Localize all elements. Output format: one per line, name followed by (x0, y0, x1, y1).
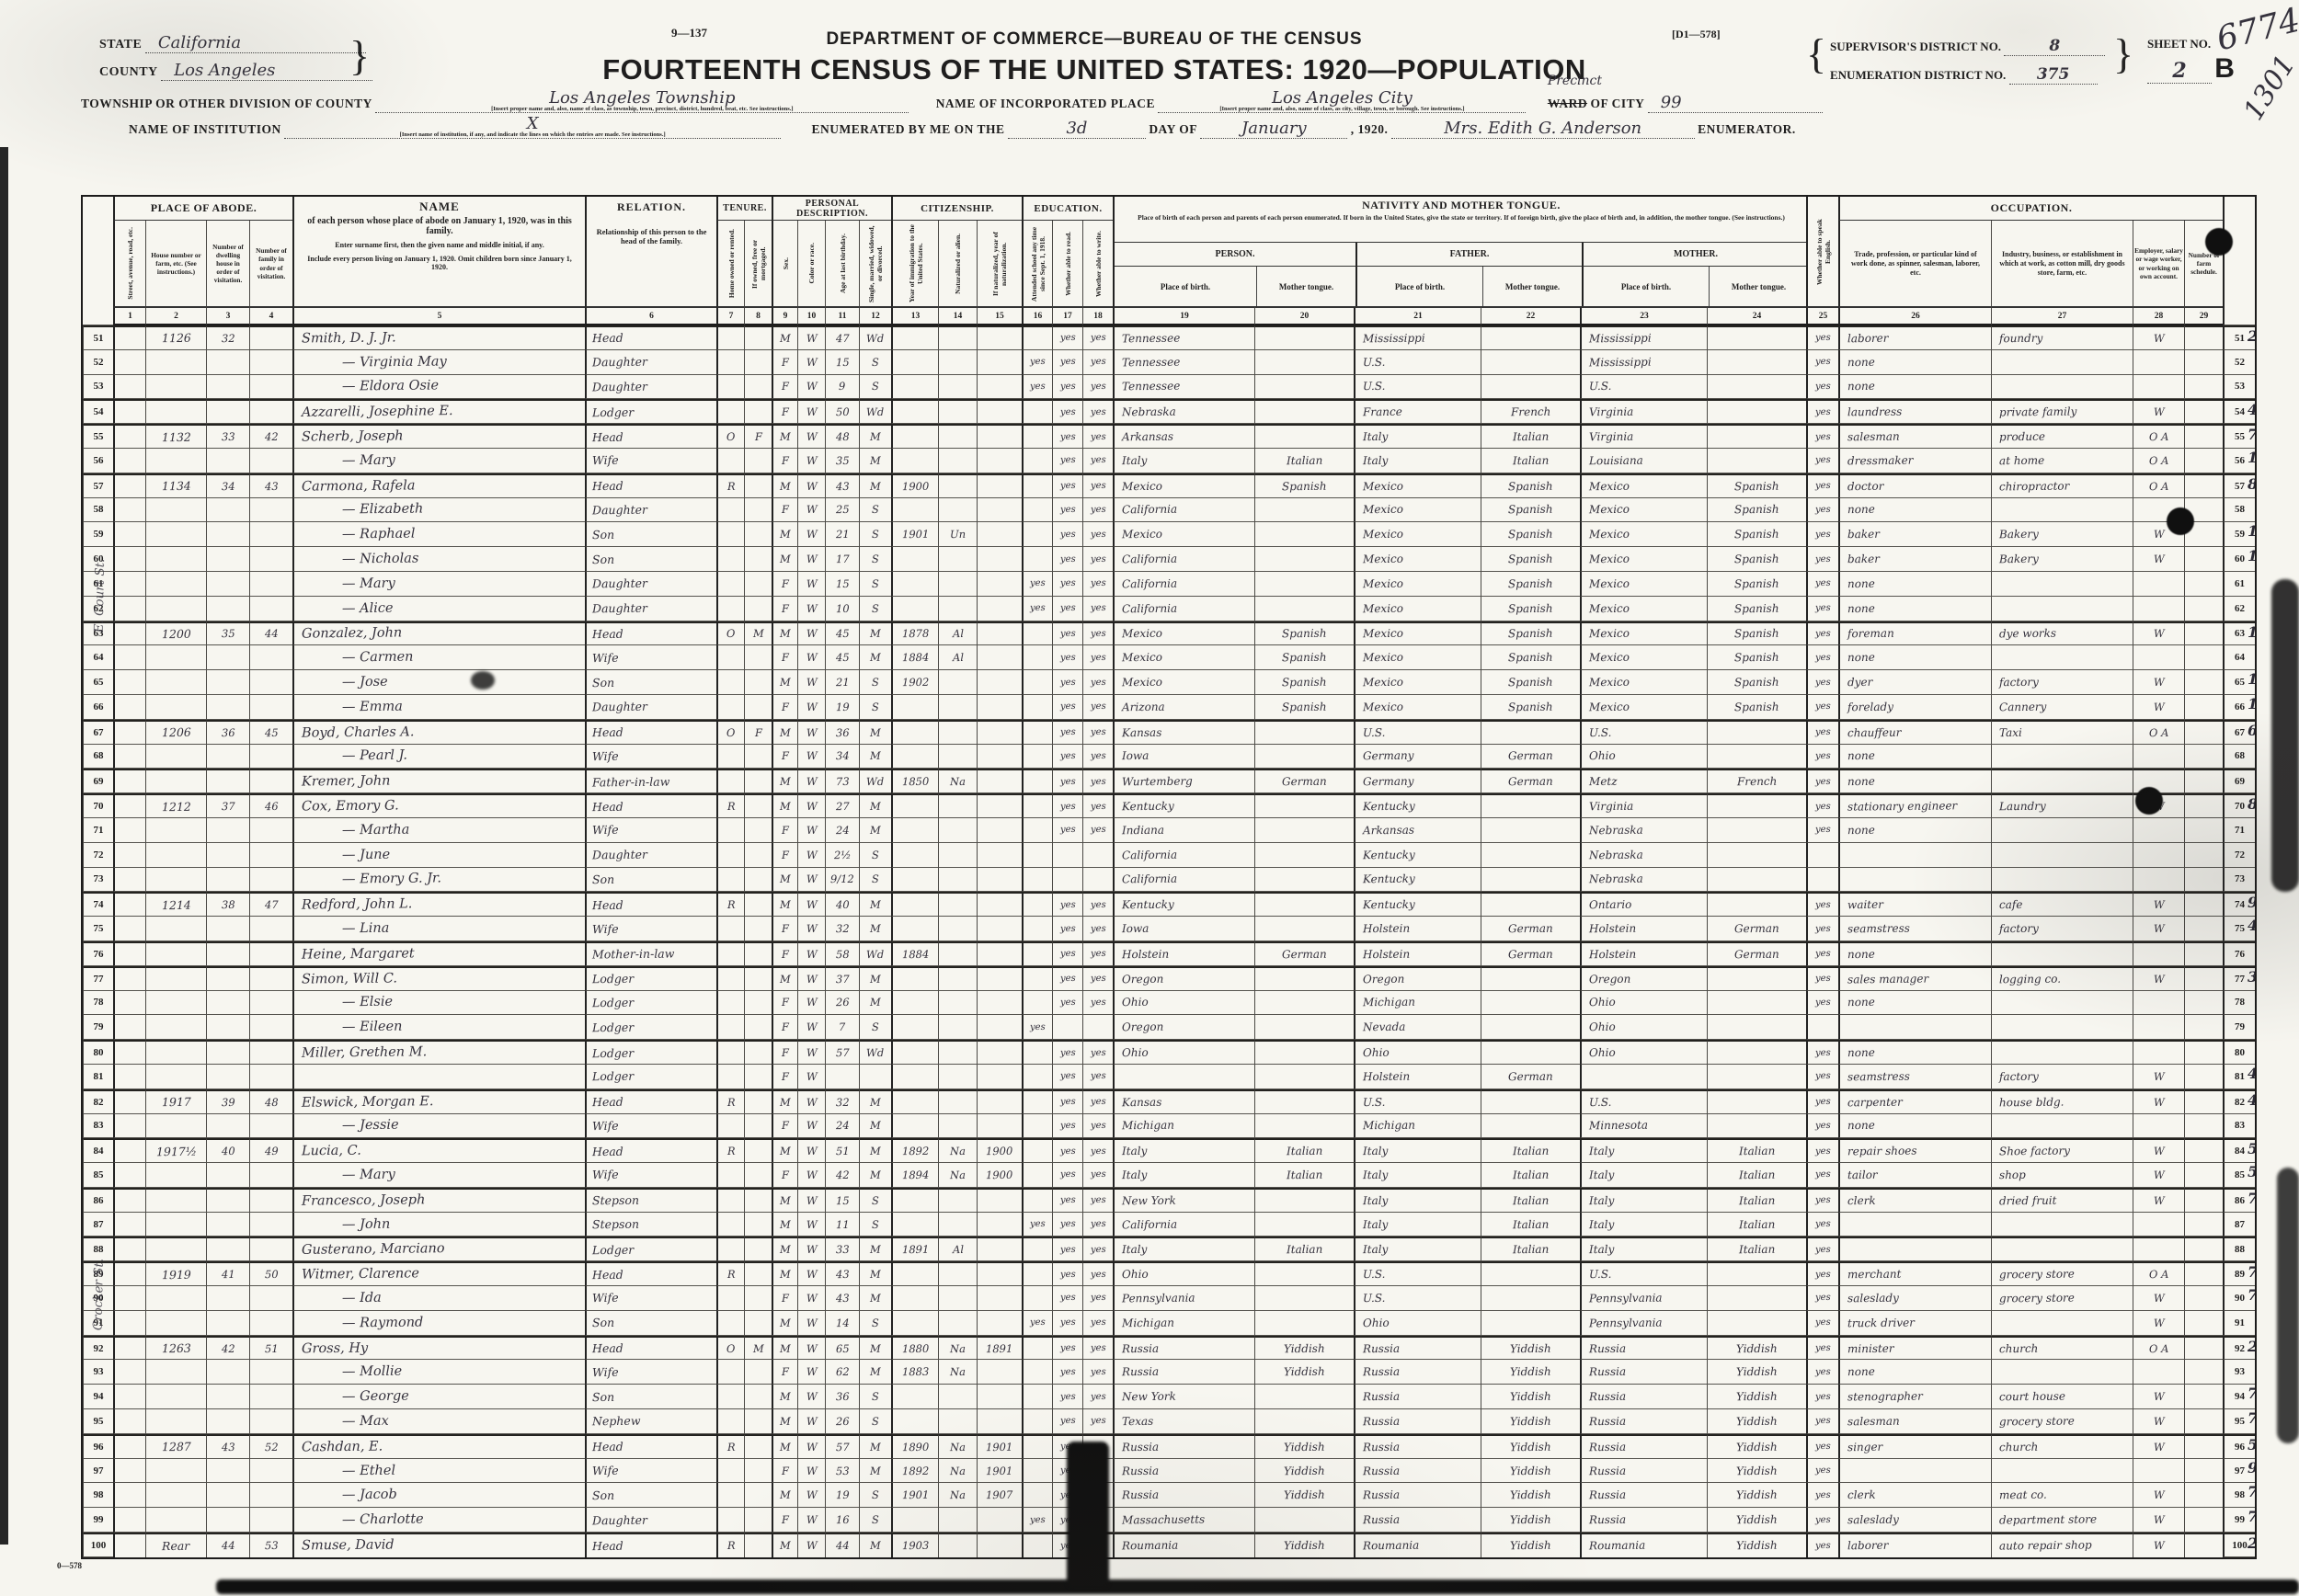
row-97-col-21: Russia (1354, 1459, 1481, 1484)
row-84-col-5: Lucia, C. (292, 1138, 585, 1163)
row-75-col-29 (2184, 917, 2223, 941)
row-52-col-11: 15 (825, 350, 859, 375)
census-sheet: State California County Los Angeles } 9—… (0, 0, 2299, 1596)
row-99-col-2 (145, 1508, 206, 1533)
row-58-col-9: F (772, 498, 797, 523)
row-65-col-14 (938, 670, 977, 695)
row-61-col-18: yes (1082, 572, 1113, 597)
row-53-col-6: Daughter (585, 375, 716, 400)
row-66-col-28: W (2133, 695, 2184, 720)
row-70-col-24 (1707, 793, 1806, 818)
header-name: NAME of each person whose place of abode… (292, 197, 585, 307)
row-81-col-12 (859, 1065, 891, 1089)
row-62-col-29 (2184, 597, 2223, 621)
row-66-col-17: yes (1052, 695, 1082, 720)
row-81-col-9: F (772, 1065, 797, 1089)
row-59-col-20 (1254, 522, 1354, 547)
row-97-col-15: 1901 (977, 1459, 1022, 1484)
row-67-col-27: Taxi (1991, 720, 2133, 745)
line-number-right: 9794 (2223, 1459, 2255, 1484)
row-55-col-1 (113, 424, 145, 449)
row-76-col-21: Holstein (1354, 941, 1481, 966)
line-number-left: 56 (83, 449, 113, 473)
row-74-col-29 (2184, 892, 2223, 917)
row-57-col-18: yes (1082, 473, 1113, 498)
row-82-col-15 (977, 1089, 1022, 1114)
row-73-col-13 (891, 868, 938, 893)
row-88-col-21: Italy (1354, 1237, 1481, 1261)
row-92-col-13: 1880 (891, 1336, 938, 1361)
row-60-col-22: Spanish (1481, 547, 1580, 572)
row-88-col-8 (744, 1237, 772, 1261)
row-77-col-6: Lodger (585, 966, 716, 991)
row-73-col-27 (1991, 868, 2133, 893)
row-51-col-22 (1481, 325, 1580, 350)
line-number-left: 92 (83, 1336, 113, 1361)
row-58-col-11: 25 (825, 498, 859, 523)
row-87-col-21: Italy (1354, 1213, 1481, 1237)
row-73-col-22 (1481, 868, 1580, 893)
row-55-col-3: 33 (206, 424, 249, 449)
row-51-col-11: 47 (825, 325, 859, 350)
row-67-col-9: M (772, 720, 797, 745)
row-84-col-3: 40 (206, 1138, 249, 1163)
line-number-right: 89767 (2223, 1261, 2255, 1286)
row-52-col-28 (2133, 350, 2184, 375)
row-83-col-8 (744, 1114, 772, 1139)
row-74-col-19: Kentucky (1113, 892, 1254, 917)
row-98-col-24: Yiddish (1707, 1483, 1806, 1508)
row-73-col-15 (977, 868, 1022, 893)
row-88-col-13: 1891 (891, 1237, 938, 1261)
row-92-col-3: 42 (206, 1336, 249, 1361)
row-97-col-8 (744, 1459, 772, 1484)
row-59-col-5: — Raphael (292, 522, 585, 547)
row-95-col-6: Nephew (585, 1409, 716, 1434)
row-82-col-7: R (716, 1089, 744, 1114)
row-92-col-26: minister (1838, 1336, 1991, 1361)
row-57-col-9: M (772, 473, 797, 498)
row-79-col-22 (1481, 1015, 1580, 1040)
row-86-col-22: Italian (1481, 1188, 1580, 1213)
row-64-col-20: Spanish (1254, 645, 1354, 670)
row-78-col-11: 26 (825, 991, 859, 1016)
row-100-col-25: yes (1806, 1533, 1838, 1557)
row-66-col-24: Spanish (1707, 695, 1806, 720)
row-67-col-21: U.S. (1354, 720, 1481, 745)
row-79-col-13 (891, 1015, 938, 1040)
row-90-col-21: U.S. (1354, 1286, 1481, 1311)
row-90-col-22 (1481, 1286, 1580, 1311)
row-58-col-22: Spanish (1481, 498, 1580, 523)
row-89-col-27: grocery store (1991, 1261, 2133, 1286)
row-61-col-8 (744, 572, 772, 597)
row-78-col-25: yes (1806, 991, 1838, 1016)
row-78-col-19: Ohio (1113, 991, 1254, 1016)
row-78-col-15 (977, 991, 1022, 1016)
row-77-col-17: yes (1052, 966, 1082, 991)
row-98-col-15: 1907 (977, 1483, 1022, 1508)
row-86-col-6: Stepson (585, 1188, 716, 1213)
row-87-col-20 (1254, 1213, 1354, 1237)
row-55-col-13 (891, 424, 938, 449)
row-65-col-19: Mexico (1113, 670, 1254, 695)
row-61-col-3 (206, 572, 249, 597)
row-57-col-1 (113, 473, 145, 498)
row-55-col-18: yes (1082, 424, 1113, 449)
row-54-col-12: Wd (859, 399, 891, 424)
line-number-left: 53 (83, 375, 113, 400)
row-88-col-18: yes (1082, 1237, 1113, 1261)
header-occupation: OCCUPATION. (1838, 197, 2223, 221)
ward-label-struck: Ward (1548, 97, 1587, 110)
row-78-col-16 (1022, 991, 1052, 1016)
row-98-col-10: W (797, 1483, 825, 1508)
row-59-col-21: Mexico (1354, 522, 1481, 547)
row-80-col-14 (938, 1040, 977, 1065)
row-53-col-15 (977, 375, 1022, 400)
row-70-col-4: 46 (249, 793, 292, 818)
row-96-col-18: yes (1082, 1434, 1113, 1459)
row-68-col-13 (891, 745, 938, 769)
scan-blob-right-1 (2271, 579, 2299, 892)
township-value: Los Angeles Township (536, 88, 748, 108)
row-70-col-5: Cox, Emory G. (292, 793, 585, 818)
row-68-col-17: yes (1052, 745, 1082, 769)
row-52-col-6: Daughter (585, 350, 716, 375)
row-77-col-7 (716, 966, 744, 991)
row-64-col-11: 45 (825, 645, 859, 670)
row-98-col-13: 1901 (891, 1483, 938, 1508)
row-100-col-9: M (772, 1533, 797, 1557)
enumerated-month: January (1229, 119, 1320, 138)
row-59-col-25: yes (1806, 522, 1838, 547)
row-92-col-12: M (859, 1336, 891, 1361)
row-53-col-12: S (859, 375, 891, 400)
row-64-col-29 (2184, 645, 2223, 670)
row-59-col-7 (716, 522, 744, 547)
row-59-col-8 (744, 522, 772, 547)
row-87-col-10: W (797, 1213, 825, 1237)
row-80-col-19: Ohio (1113, 1040, 1254, 1065)
col-house-number: House number or farm, etc. (See instruct… (145, 221, 206, 307)
row-77-col-5: Simon, Will C. (292, 966, 585, 991)
row-55-col-6: Head (585, 424, 716, 449)
row-83-col-21: Michigan (1354, 1114, 1481, 1139)
row-69-col-21: Germany (1354, 769, 1481, 793)
row-64-col-3 (206, 645, 249, 670)
row-54-col-28: W (2133, 399, 2184, 424)
row-52-col-9: F (772, 350, 797, 375)
row-94-col-22: Yiddish (1481, 1385, 1580, 1409)
row-70-col-7: R (716, 793, 744, 818)
row-73-col-4 (249, 868, 292, 893)
row-100-col-18: yes (1082, 1533, 1113, 1557)
row-84-col-27: Shoe factory (1991, 1138, 2133, 1163)
row-51-col-26: laborer (1838, 325, 1991, 350)
row-91-col-22 (1481, 1311, 1580, 1336)
row-83-col-27 (1991, 1114, 2133, 1139)
row-54-col-5: Azzarelli, Josephine E. (292, 399, 585, 424)
row-77-col-13 (891, 966, 938, 991)
row-92-col-21: Russia (1354, 1336, 1481, 1361)
row-71-col-17: yes (1052, 818, 1082, 843)
row-60-col-8 (744, 547, 772, 572)
row-67-col-25: yes (1806, 720, 1838, 745)
row-60-col-5: — Nicholas (292, 547, 585, 572)
row-59-col-6: Son (585, 522, 716, 547)
row-97-col-17: yes (1052, 1459, 1082, 1484)
col-trade: Trade, profession, or particular kind of… (1838, 221, 1991, 307)
row-61-col-6: Daughter (585, 572, 716, 597)
row-91-col-15 (977, 1311, 1022, 1336)
row-98-col-2 (145, 1483, 206, 1508)
row-79-col-19: Oregon (1113, 1015, 1254, 1040)
row-81-col-22: German (1481, 1065, 1580, 1089)
row-59-col-26: baker (1838, 522, 1991, 547)
row-71-col-19: Indiana (1113, 818, 1254, 843)
row-74-col-10: W (797, 892, 825, 917)
row-98-col-17: yes (1052, 1483, 1082, 1508)
row-66-col-14 (938, 695, 977, 720)
row-97-col-11: 53 (825, 1459, 859, 1484)
row-72-col-10: W (797, 843, 825, 868)
row-76-col-5: Heine, Margaret (292, 941, 585, 966)
row-64-col-24: Spanish (1707, 645, 1806, 670)
row-85-col-20: Italian (1254, 1163, 1354, 1188)
row-79-col-10: W (797, 1015, 825, 1040)
row-62-col-3 (206, 597, 249, 621)
row-66-col-4 (249, 695, 292, 720)
scan-blob-right-2 (2277, 1168, 2299, 1443)
margin-number: 178 (2248, 695, 2255, 712)
row-81-col-11 (825, 1065, 859, 1089)
row-92-col-27: church (1991, 1336, 2133, 1361)
row-63-col-10: W (797, 621, 825, 646)
row-84-col-17: yes (1052, 1138, 1082, 1163)
row-76-col-7 (716, 941, 744, 966)
row-71-col-21: Arkansas (1354, 818, 1481, 843)
row-67-col-16 (1022, 720, 1052, 745)
row-61-col-23: Mexico (1580, 572, 1707, 597)
row-97-col-5: — Ethel (292, 1459, 585, 1484)
line-number-left: 82 (83, 1089, 113, 1114)
row-64-col-21: Mexico (1354, 645, 1481, 670)
row-88-col-28 (2133, 1237, 2184, 1261)
row-66-col-16 (1022, 695, 1052, 720)
row-61-col-15 (977, 572, 1022, 597)
row-54-col-18: yes (1082, 399, 1113, 424)
row-52-col-17: yes (1052, 350, 1082, 375)
row-93-col-9: F (772, 1360, 797, 1385)
row-71-col-22 (1481, 818, 1580, 843)
row-90-col-19: Pennsylvania (1113, 1286, 1254, 1311)
row-68-col-7 (716, 745, 744, 769)
row-53-col-7 (716, 375, 744, 400)
row-94-col-1 (113, 1385, 145, 1409)
row-91-col-14 (938, 1311, 977, 1336)
row-70-col-21: Kentucky (1354, 793, 1481, 818)
row-72-col-24 (1707, 843, 1806, 868)
row-98-col-6: Son (585, 1483, 716, 1508)
row-67-col-28: O A (2133, 720, 2184, 745)
col-number-12: 12 (859, 307, 891, 325)
row-74-col-3: 38 (206, 892, 249, 917)
row-82-col-12: M (859, 1089, 891, 1114)
row-53-col-28 (2133, 375, 2184, 400)
row-73-col-24 (1707, 868, 1806, 893)
row-68-col-12: M (859, 745, 891, 769)
row-65-col-9: M (772, 670, 797, 695)
row-63-col-11: 45 (825, 621, 859, 646)
row-96-col-11: 57 (825, 1434, 859, 1459)
row-83-col-20 (1254, 1114, 1354, 1139)
row-56-col-1 (113, 449, 145, 473)
row-64-col-6: Wife (585, 645, 716, 670)
row-69-col-27 (1991, 769, 2133, 793)
row-61-col-5: — Mary (292, 572, 585, 597)
row-76-col-18: yes (1082, 941, 1113, 966)
row-58-col-21: Mexico (1354, 498, 1481, 523)
col-number-5: 5 (292, 307, 585, 325)
row-56-col-23: Louisiana (1580, 449, 1707, 473)
row-89-col-17: yes (1052, 1261, 1082, 1286)
row-85-col-3 (206, 1163, 249, 1188)
row-60-col-6: Son (585, 547, 716, 572)
margin-number: 884 (2248, 475, 2255, 493)
row-90-col-15 (977, 1286, 1022, 1311)
row-73-col-5: — Emory G. Jr. (292, 868, 585, 893)
line-number-right: 88 (2223, 1237, 2255, 1261)
row-56-col-29 (2184, 449, 2223, 473)
row-76-col-8 (744, 941, 772, 966)
row-69-col-12: Wd (859, 769, 891, 793)
row-83-col-2 (145, 1114, 206, 1139)
header-citizenship: CITIZENSHIP. (891, 197, 1022, 221)
row-59-col-12: S (859, 522, 891, 547)
line-number-right: 79 (2223, 1015, 2255, 1040)
row-78-col-14 (938, 991, 977, 1016)
row-83-col-17: yes (1052, 1114, 1082, 1139)
row-66-col-2 (145, 695, 206, 720)
row-97-col-7 (716, 1459, 744, 1484)
row-95-col-11: 26 (825, 1409, 859, 1434)
row-93-col-3 (206, 1360, 249, 1385)
row-79-col-3 (206, 1015, 249, 1040)
row-79-col-25 (1806, 1015, 1838, 1040)
row-98-col-21: Russia (1354, 1483, 1481, 1508)
row-65-col-15 (977, 670, 1022, 695)
row-51-col-5: Smith, D. J. Jr. (292, 325, 585, 350)
row-90-col-16 (1022, 1286, 1052, 1311)
row-79-col-16: yes (1022, 1015, 1052, 1040)
row-73-col-9: M (772, 868, 797, 893)
row-57-col-16 (1022, 473, 1052, 498)
row-78-col-29 (2184, 991, 2223, 1016)
row-55-col-9: M (772, 424, 797, 449)
row-89-col-23: U.S. (1580, 1261, 1707, 1286)
row-62-col-23: Mexico (1580, 597, 1707, 621)
row-74-col-28: W (2133, 892, 2184, 917)
row-90-col-29 (2184, 1286, 2223, 1311)
row-99-col-14 (938, 1508, 977, 1533)
line-number-right: 86707 (2223, 1188, 2255, 1213)
row-51-col-12: Wd (859, 325, 891, 350)
row-100-col-20: Yiddish (1254, 1533, 1354, 1557)
row-87-col-9: M (772, 1213, 797, 1237)
row-52-col-10: W (797, 350, 825, 375)
row-87-col-27 (1991, 1213, 2133, 1237)
row-93-col-26: none (1838, 1360, 1991, 1385)
row-58-col-16 (1022, 498, 1052, 523)
township-line: Township or other division of county Los… (81, 88, 1823, 113)
row-60-col-27: Bakery (1991, 547, 2133, 572)
row-88-col-16 (1022, 1237, 1052, 1261)
col-farm-schedule: Number of farm schedule. (2184, 221, 2223, 307)
row-63-col-29 (2184, 621, 2223, 646)
row-53-col-14 (938, 375, 977, 400)
row-74-col-2: 1214 (145, 892, 206, 917)
row-82-col-2: 1917 (145, 1089, 206, 1114)
row-97-col-18: yes (1082, 1459, 1113, 1484)
row-86-col-12: S (859, 1188, 891, 1213)
state-value: California (145, 33, 254, 52)
row-72-col-14 (938, 843, 977, 868)
line-number-left: 74 (83, 892, 113, 917)
row-76-col-25: yes (1806, 941, 1838, 966)
row-71-col-27 (1991, 818, 2133, 843)
row-65-col-2 (145, 670, 206, 695)
line-number-right: 67610 (2223, 720, 2255, 745)
row-89-col-20 (1254, 1261, 1354, 1286)
row-74-col-13 (891, 892, 938, 917)
row-51-col-18: yes (1082, 325, 1113, 350)
line-number-left: 51 (83, 325, 113, 350)
row-99-col-29 (2184, 1508, 2223, 1533)
row-62-col-28 (2133, 597, 2184, 621)
row-80-col-20 (1254, 1040, 1354, 1065)
row-66-col-19: Arizona (1113, 695, 1254, 720)
col-number-27: 27 (1991, 307, 2133, 325)
row-95-col-25: yes (1806, 1409, 1838, 1434)
row-97-col-9: F (772, 1459, 797, 1484)
row-69-col-15 (977, 769, 1022, 793)
row-60-col-18: yes (1082, 547, 1113, 572)
row-81-col-29 (2184, 1065, 2223, 1089)
row-62-col-27 (1991, 597, 2133, 621)
row-93-col-7 (716, 1360, 744, 1385)
row-74-col-22 (1481, 892, 1580, 917)
col-number-15: 15 (977, 307, 1022, 325)
enumeration-label: Enumeration District No. (1830, 68, 2006, 82)
row-65-col-6: Son (585, 670, 716, 695)
row-85-col-6: Wife (585, 1163, 716, 1188)
row-61-col-29 (2184, 572, 2223, 597)
row-71-col-2 (145, 818, 206, 843)
header-father: FATHER. (1355, 243, 1582, 267)
row-69-col-4 (249, 769, 292, 793)
row-85-col-1 (113, 1163, 145, 1188)
line-number-header-right (2223, 197, 2255, 325)
row-92-col-25: yes (1806, 1336, 1838, 1361)
row-66-col-20: Spanish (1254, 695, 1354, 720)
row-72-col-9: F (772, 843, 797, 868)
row-53-col-26: none (1838, 375, 1991, 400)
row-57-col-24: Spanish (1707, 473, 1806, 498)
row-68-col-10: W (797, 745, 825, 769)
row-73-col-12: S (859, 868, 891, 893)
row-68-col-9: F (772, 745, 797, 769)
